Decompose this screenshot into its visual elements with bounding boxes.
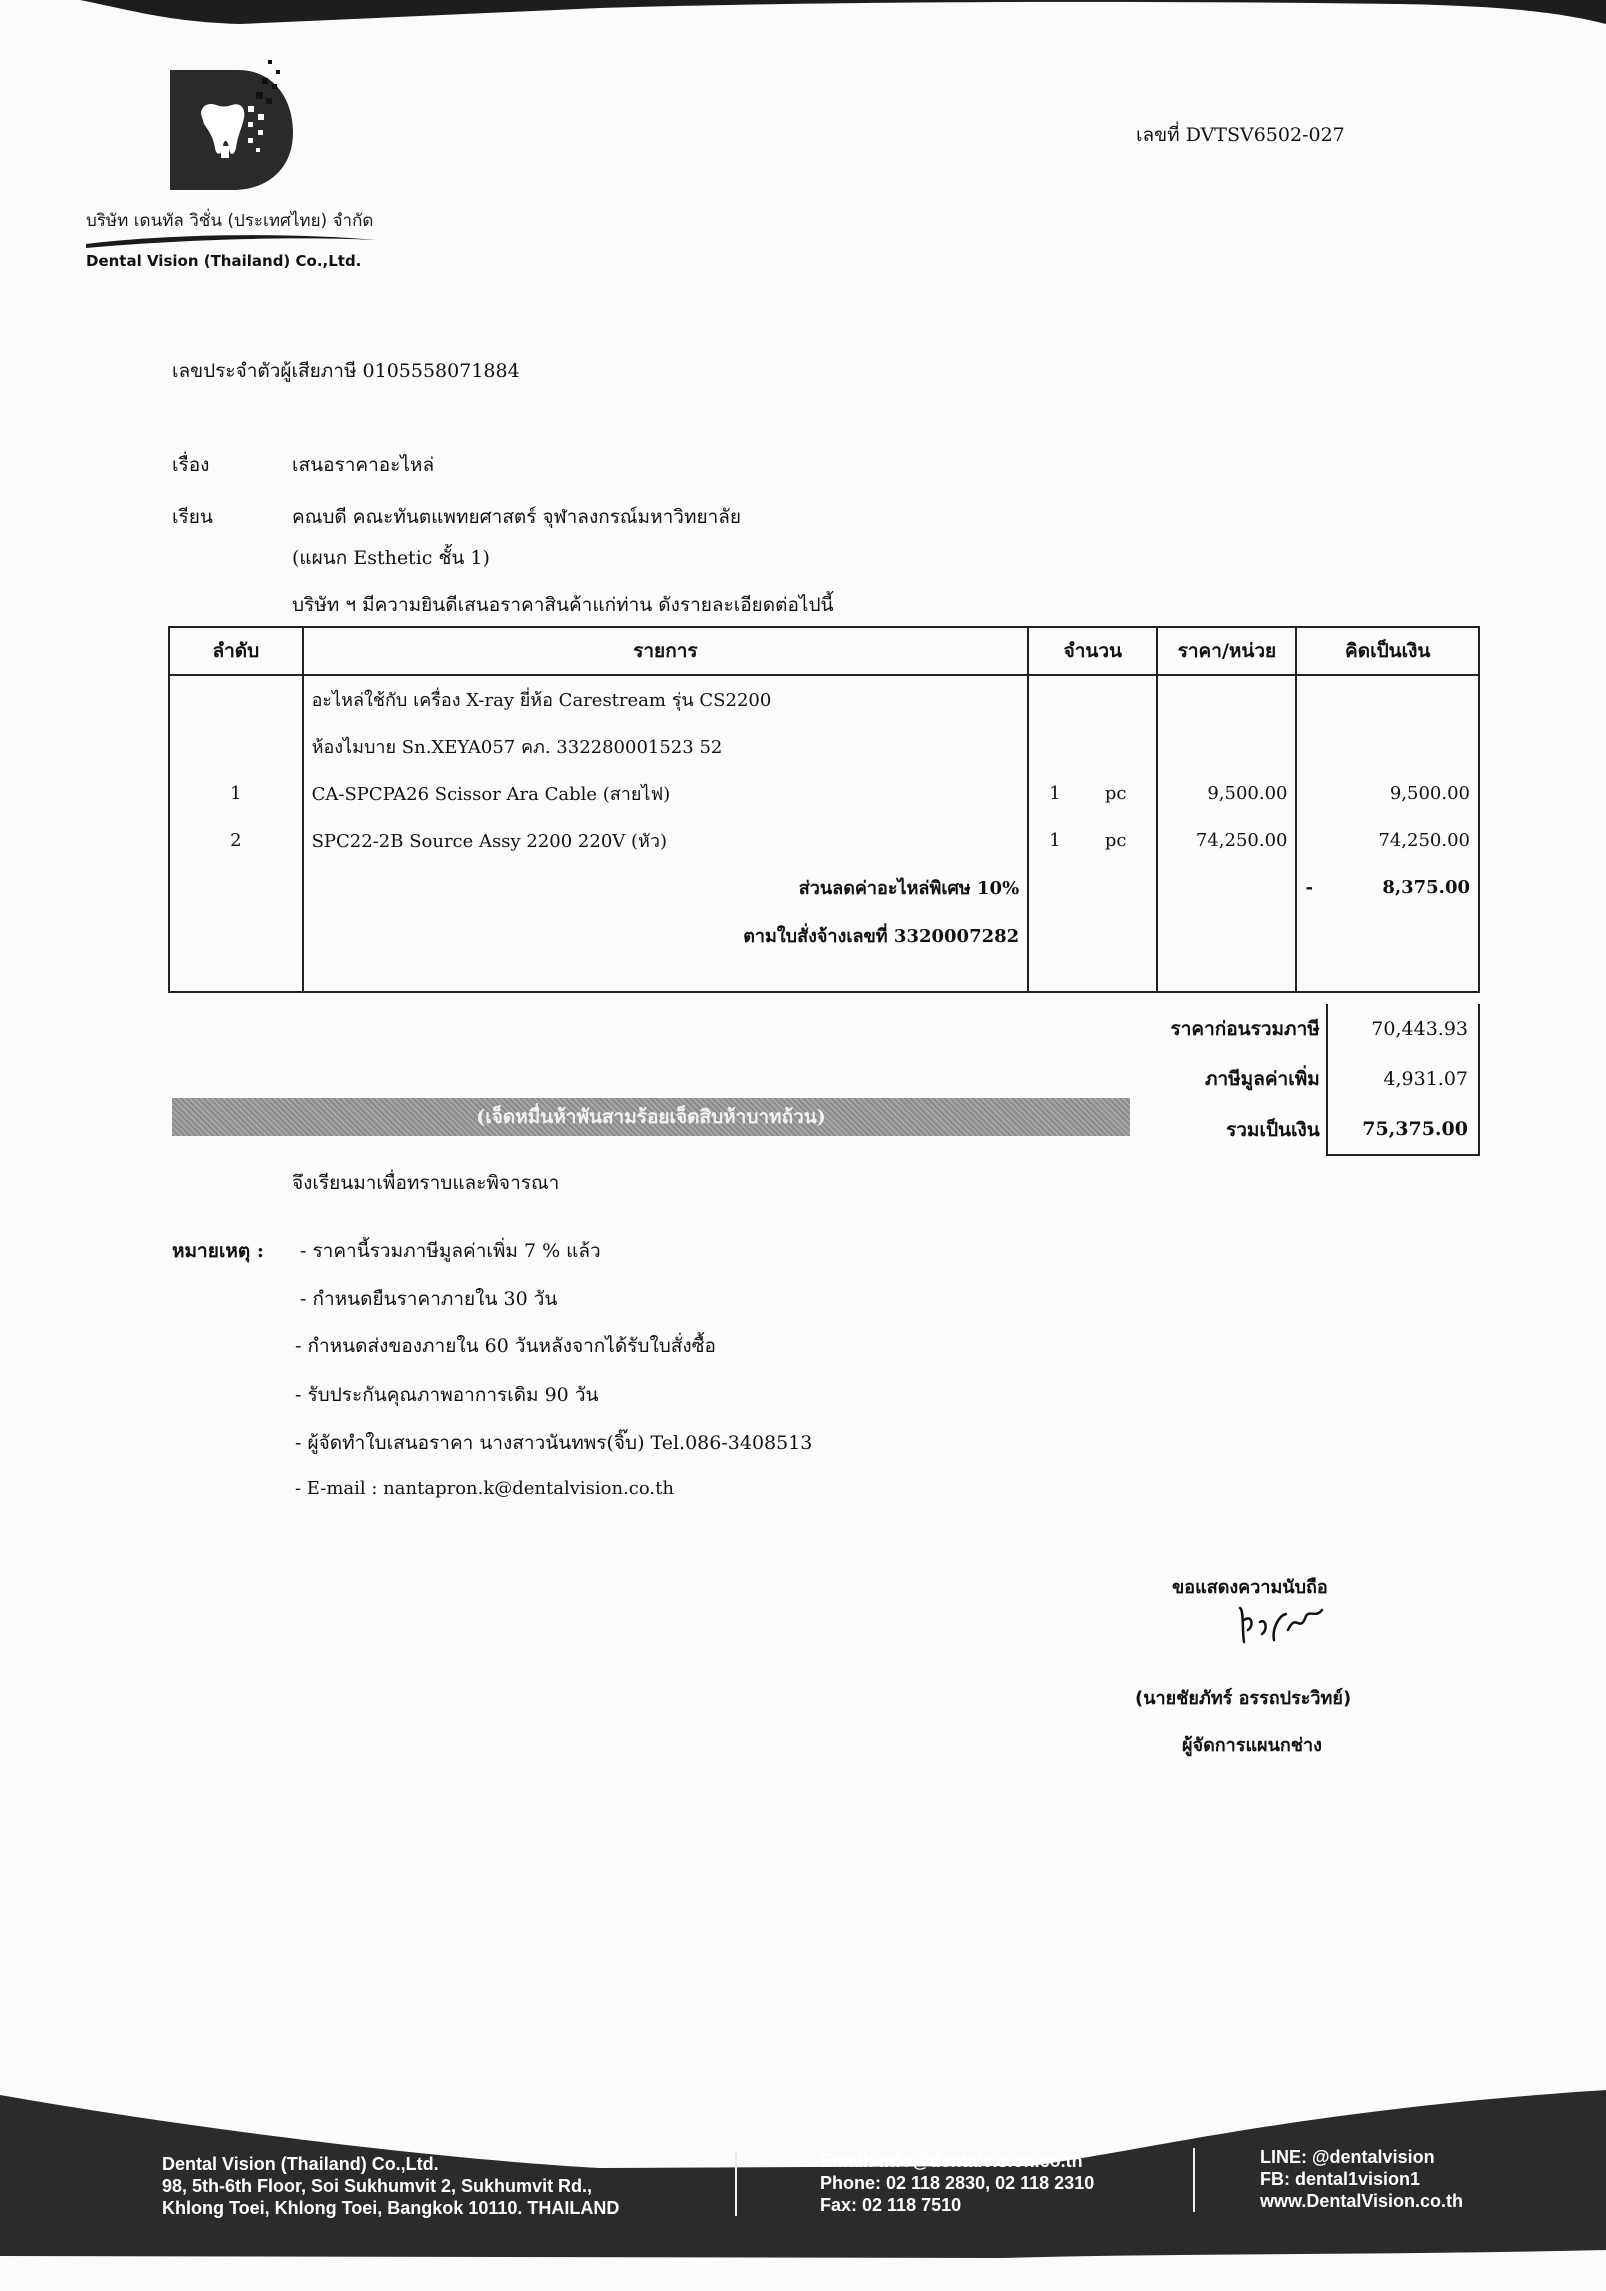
remark-item: - E-mail : nantapron.k@dentalvision.co.t…: [295, 1478, 674, 1499]
remark-item: - ราคานี้รวมภาษีมูลค่าเพิ่ม 7 % แล้ว: [300, 1236, 601, 1266]
amount-in-words: (เจ็ดหมื่นห้าพันสามร้อยเจ็ดสิบห้าบาทถ้วน…: [172, 1098, 1130, 1136]
signer-title: ผู้จัดการแผนกช่าง: [1182, 1730, 1322, 1759]
footer-social: LINE: @dentalvision FB: dental1vision1 w…: [1260, 2146, 1463, 2212]
description-line: อะไหล่ใช้กับ เครื่อง X-ray ยี่ห้อ Carest…: [303, 675, 1029, 723]
remark-item: - ผู้จัดทำใบเสนอราคา นางสาวนันทพร(จิ๊บ) …: [295, 1428, 812, 1458]
footer-divider: [735, 2152, 737, 2216]
item-description: SPC22-2B Source Assy 2200 220V (หัว): [303, 817, 1029, 864]
item-no: 1: [169, 770, 303, 817]
footer-fax: Fax: 02 118 7510: [820, 2194, 1094, 2216]
logo-swoosh: [86, 232, 376, 248]
regards-text: ขอแสดงความนับถือ: [1172, 1572, 1328, 1601]
recipient-value: คณบดี คณะทันตแพทยศาสตร์ จุฬาลงกรณ์มหาวิท…: [292, 502, 741, 532]
item-no: 2: [169, 817, 303, 864]
footer-address: Dental Vision (Thailand) Co.,Ltd. 98, 5t…: [162, 2153, 619, 2219]
table-row: 1 CA-SPCPA26 Scissor Ara Cable (สายไฟ) 1…: [169, 770, 1479, 817]
header-no: ลำดับ: [169, 627, 303, 675]
item-unit-price: 9,500.00: [1157, 770, 1296, 817]
footer-address-line2: Khlong Toei, Khlong Toei, Bangkok 10110.…: [162, 2197, 619, 2219]
tax-id: เลขประจำตัวผู้เสียภาษี 0105558071884: [172, 356, 520, 386]
tooth-d-logo-icon: [168, 58, 303, 193]
item-unit: pc: [1105, 783, 1127, 804]
header-quantity: จำนวน: [1028, 627, 1157, 675]
footer-company: Dental Vision (Thailand) Co.,Ltd.: [162, 2153, 619, 2175]
item-qty: 1: [1049, 830, 1060, 851]
footer-website[interactable]: www.DentalVision.co.th: [1260, 2190, 1463, 2212]
item-unit-price: 74,250.00: [1157, 817, 1296, 864]
amount-in-words-text: (เจ็ดหมื่นห้าพันสามร้อยเจ็ดสิบห้าบาทถ้วน…: [476, 1102, 825, 1132]
footer-address-line1: 98, 5th-6th Floor, Soi Sukhumvit 2, Sukh…: [162, 2175, 619, 2197]
discount-reference: ตามใบสั่งจ้างเลขที่ 3320007282: [303, 911, 1029, 992]
table-row: ห้องไมบาย Sn.XEYA057 คภ. 332280001523 52: [169, 723, 1479, 770]
vat-row: ภาษีมูลค่าเพิ่ม 4,931.07: [1000, 1054, 1479, 1104]
subject-value: เสนอราคาอะไหล่: [292, 450, 434, 480]
remark-item: - รับประกันคุณภาพอาการเดิม 90 วัน: [295, 1380, 598, 1410]
table-row: อะไหล่ใช้กับ เครื่อง X-ray ยี่ห้อ Carest…: [169, 675, 1479, 723]
subtotal-label: ราคาก่อนรวมภาษี: [1000, 1004, 1327, 1054]
footer-line: LINE: @dentalvision: [1260, 2146, 1463, 2168]
recipient-label: เรียน: [172, 502, 213, 532]
item-amount: 74,250.00: [1296, 817, 1479, 864]
subject-label: เรื่อง: [172, 450, 209, 480]
table-header-row: ลำดับ รายการ จำนวน ราคา/หน่วย คิดเป็นเงิ…: [169, 627, 1479, 675]
total-value: 75,375.00: [1327, 1104, 1479, 1155]
description-line: ห้องไมบาย Sn.XEYA057 คภ. 332280001523 52: [303, 723, 1029, 770]
remark-item: - กำหนดส่งของภายใน 60 วันหลังจากได้รับใบ…: [295, 1331, 716, 1361]
item-description: CA-SPCPA26 Scissor Ara Cable (สายไฟ): [303, 770, 1029, 817]
recipient-department: (แผนก Esthetic ชั้น 1): [292, 543, 490, 573]
table-row: 2 SPC22-2B Source Assy 2200 220V (หัว) 1…: [169, 817, 1479, 864]
document-number: เลขที่ DVTSV6502-027: [1136, 120, 1345, 150]
discount-amount: 8,375.00: [1382, 877, 1470, 898]
signature-icon: [1230, 1600, 1340, 1650]
top-decorative-band: [0, 0, 1606, 30]
subtotal-row: ราคาก่อนรวมภาษี 70,443.93: [1000, 1004, 1479, 1054]
item-unit: pc: [1105, 830, 1127, 851]
quotation-table: ลำดับ รายการ จำนวน ราคา/หน่วย คิดเป็นเงิ…: [168, 626, 1480, 993]
header-description: รายการ: [303, 627, 1029, 675]
closing-text: จึงเรียนมาเพื่อทราบและพิจารณา: [292, 1168, 559, 1198]
remark-item: - กำหนดยืนราคาภายใน 30 วัน: [300, 1284, 557, 1314]
intro-text: บริษัท ฯ มีความยินดีเสนอราคาสินค้าแก่ท่า…: [292, 590, 834, 620]
subtotal-value: 70,443.93: [1327, 1004, 1479, 1054]
footer-facebook: FB: dental1vision1: [1260, 2168, 1463, 2190]
signer-name: (นายชัยภัทร์ อรรถประวิทย์): [1135, 1683, 1351, 1712]
vat-label: ภาษีมูลค่าเพิ่ม: [1000, 1054, 1327, 1104]
header-amount: คิดเป็นเงิน: [1296, 627, 1479, 675]
footer-email[interactable]: Email: info@dentalvision.co.th: [820, 2150, 1094, 2172]
remarks-label: หมายเหตุ :: [172, 1236, 264, 1266]
company-name-thai: บริษัท เดนทัล วิชั่น (ประเทศไทย) จำกัด: [86, 207, 373, 234]
footer-contact: Email: info@dentalvision.co.th Phone: 02…: [820, 2150, 1094, 2216]
item-amount: 9,500.00: [1296, 770, 1479, 817]
vat-value: 4,931.07: [1327, 1054, 1479, 1104]
item-qty: 1: [1049, 783, 1060, 804]
footer-phone: Phone: 02 118 2830, 02 118 2310: [820, 2172, 1094, 2194]
discount-reference-row: ตามใบสั่งจ้างเลขที่ 3320007282: [169, 911, 1479, 992]
discount-row: ส่วนลดค่าอะไหล่พิเศษ 10% -8,375.00: [169, 864, 1479, 911]
discount-sign: -: [1305, 877, 1312, 898]
header-unit-price: ราคา/หน่วย: [1157, 627, 1296, 675]
discount-label: ส่วนลดค่าอะไหล่พิเศษ 10%: [303, 864, 1029, 911]
footer-divider: [1193, 2148, 1195, 2212]
company-name-english: Dental Vision (Thailand) Co.,Ltd.: [86, 252, 361, 270]
